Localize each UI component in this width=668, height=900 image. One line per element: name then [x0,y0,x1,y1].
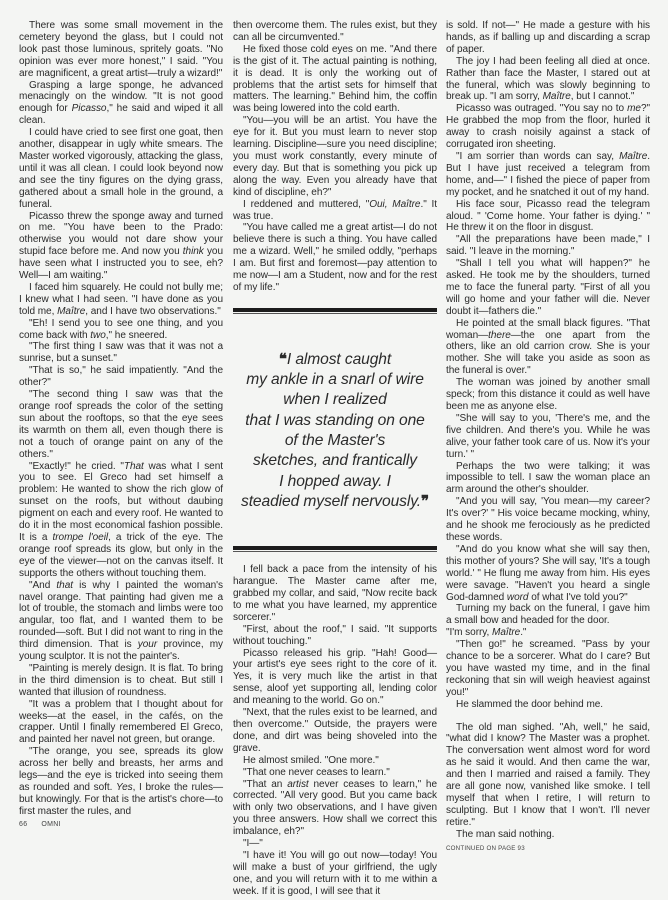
paragraph: "First, about the roof," I said. "It sup… [233,624,437,648]
article-column-1: There was some small movement in the cem… [19,20,223,831]
paragraph: "You—you will be an artist. You have the… [233,115,437,198]
paragraph: "That one never ceases to learn." [233,767,437,779]
paragraph: "I have it! You will go out now—today! Y… [233,850,437,898]
paragraph: "Shall I tell you what will happen?" he … [446,258,650,318]
paragraph: He fixed those cold eyes on me. "And the… [233,44,437,115]
paragraph: "That is so," he said impatiently. "And … [19,365,223,389]
paragraph: "The first thing I saw was that it was n… [19,341,223,365]
paragraph: Perhaps the two were talking; it was imp… [446,461,650,497]
paragraph: "Exactly!" he cried. "That was what I se… [19,461,223,580]
paragraph: "She will say to you, 'There's me, and t… [446,413,650,461]
publication-name: OMNI [41,821,60,828]
paragraph: "I'm sorry, Maître." [446,627,650,639]
paragraph: I fell back a pace from the intensity of… [233,564,437,624]
paragraph: "It was a problem that I thought about f… [19,699,223,747]
paragraph: "I—" [233,838,437,850]
paragraph: "Then go!" he screamed. "Pass by your ch… [446,639,650,699]
paragraph: "All the preparations have been made," I… [446,234,650,258]
paragraph: "Painting is merely design. It is flat. … [19,663,223,699]
paragraph: Picasso released his grip. "Hah! Good—yo… [233,648,437,708]
paragraph: "And you will say, 'You mean—my career? … [446,496,650,544]
paragraph: "Next, that the rules exist to be learne… [233,707,437,755]
pullquote-bottom-rule [233,546,437,552]
paragraph: I reddened and muttered, "Oui, Maître." … [233,199,437,223]
paragraph: I faced him squarely. He could not bully… [19,282,223,318]
close-quote-icon: ❞ [421,493,429,510]
paragraph: "And that is why I painted the woman's n… [19,580,223,663]
paragraph: He almost smiled. "One more." [233,755,437,767]
paragraph: "I am sorrier than words can say, Maître… [446,151,650,199]
page-folio: 66OMNI [19,819,223,831]
paragraph: He pointed at the small black figures. "… [446,318,650,378]
paragraph: "The second thing I saw was that the ora… [19,389,223,460]
continued-on-page-link[interactable]: CONTINUED ON PAGE 93 [446,843,650,855]
paragraph: Turning my back on the funeral, I gave h… [446,603,650,627]
pullquote-top-rule [233,308,437,314]
paragraph: then overcome them. The rules exist, but… [233,20,437,44]
paragraph: is sold. If not—" He made a gesture with… [446,20,650,56]
paragraph: The old man sighed. "Ah, well," he said,… [446,722,650,829]
article-column-2: then overcome them. The rules exist, but… [233,20,437,898]
article-column-3: is sold. If not—" He made a gesture with… [446,20,650,855]
paragraph: He slammed the door behind me. [446,699,650,711]
paragraph: His face sour, Picasso read the telegram… [446,199,650,235]
paragraph: There was some small movement in the cem… [19,20,223,80]
paragraph: "Eh! I send you to see one thing, and yo… [19,318,223,342]
paragraph: The woman was joined by another small sp… [446,377,650,413]
paragraph: "The orange, you see, spreads its glow a… [19,746,223,817]
paragraph: The man said nothing. [446,829,650,841]
paragraph: Picasso was outraged. "You say no to me?… [446,103,650,151]
paragraph: "You have called me a great artist—I do … [233,222,437,293]
paragraph: The joy I had been feeling all died at o… [446,56,650,104]
open-quote-icon: ❝ [279,351,287,368]
page-number: 66 [19,821,27,828]
paragraph: Picasso threw the sponge away and turned… [19,211,223,282]
paragraph: Grasping a large sponge, he advanced men… [19,80,223,128]
pull-quote: ❝I almost caught my ankle in a snarl of … [233,350,437,512]
paragraph: "That an artist never ceases to learn," … [233,779,437,839]
paragraph: I could have cried to see first one goat… [19,127,223,210]
paragraph: "And do you know what she will say then,… [446,544,650,604]
